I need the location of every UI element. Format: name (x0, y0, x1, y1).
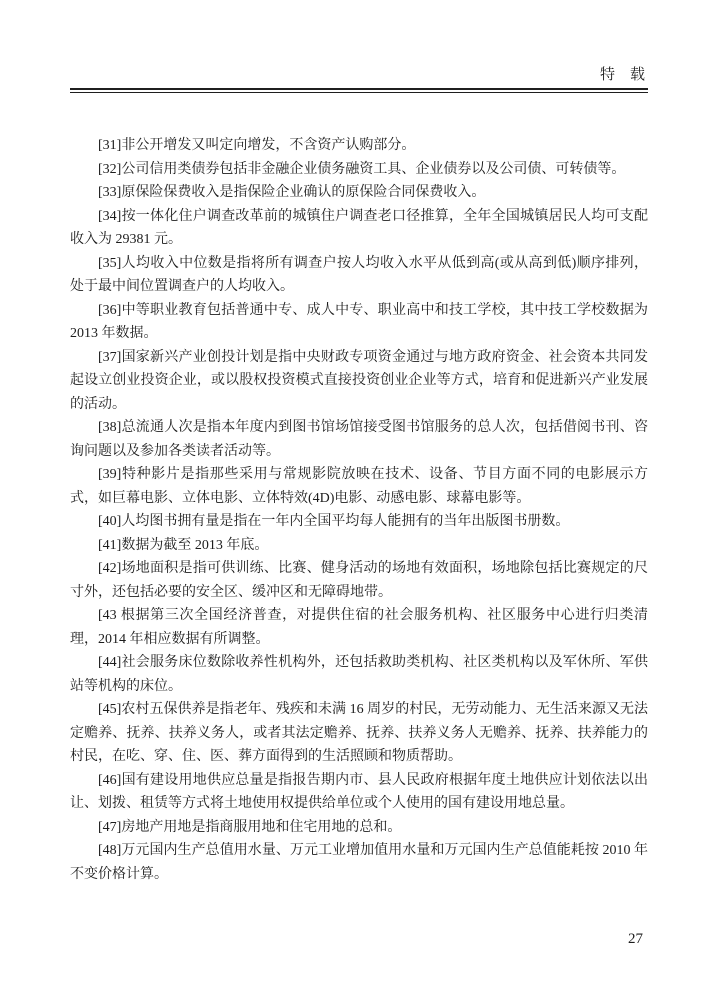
footnote-item: [45]农村五保供养是指老年、残疾和未满 16 周岁的村民，无劳动能力、无生活来… (70, 698, 648, 769)
footnote-item: [44]社会服务床位数除收养性机构外，还包括救助类机构、社区类机构以及军休所、军… (70, 651, 648, 698)
footnote-text: 社会服务床位数除收养性机构外，还包括救助类机构、社区类机构以及军休所、军供站等机… (70, 655, 648, 694)
footnote-text: 根据第三次全国经济普查，对提供住宿的社会服务机构、社区服务中心进行归类清理，20… (70, 608, 648, 647)
footnote-marker: [32] (98, 162, 121, 177)
footnote-text: 人均图书拥有量是指在一年内全国平均每人能拥有的当年出版图书册数。 (121, 514, 569, 529)
footnote-item: [34]按一体化住户调查改革前的城镇住户调查老口径推算，全年全国城镇居民人均可支… (70, 205, 648, 252)
footnote-marker: [41] (98, 538, 121, 553)
footnote-marker: [39] (98, 467, 121, 482)
footnote-text: 人均收入中位数是指将所有调查户按人均收入水平从低到高(或从高到低)顺序排列，处于… (70, 256, 648, 295)
footnote-marker: [31] (98, 138, 121, 153)
footnote-item: [31]非公开增发又叫定向增发，不含资产认购部分。 (70, 134, 648, 158)
footnotes-list: [31]非公开增发又叫定向增发，不含资产认购部分。[32]公司信用类债券包括非金… (70, 134, 648, 886)
footnote-marker: [34] (98, 209, 121, 224)
page-number: 27 (628, 931, 643, 948)
footnote-item: [40]人均图书拥有量是指在一年内全国平均每人能拥有的当年出版图书册数。 (70, 510, 648, 534)
running-head: 特 载 (70, 64, 645, 86)
footnote-item: [35]人均收入中位数是指将所有调查户按人均收入水平从低到高(或从高到低)顺序排… (70, 252, 648, 299)
footnote-marker: [44] (98, 655, 121, 670)
footnote-item: [42]场地面积是指可供训练、比赛、健身活动的场地有效面积，场地除包括比赛规定的… (70, 557, 648, 604)
footnote-text: 数据为截至 2013 年底。 (121, 538, 268, 553)
footnote-marker: [35] (98, 256, 121, 271)
footnote-item: [38]总流通人次是指本年度内到图书馆场馆接受图书馆服务的总人次，包括借阅书刊、… (70, 416, 648, 463)
footnote-item: [48]万元国内生产总值用水量、万元工业增加值用水量和万元国内生产总值能耗按 2… (70, 839, 648, 886)
footnote-marker: [42] (98, 561, 121, 576)
footnote-text: 中等职业教育包括普通中专、成人中专、职业高中和技工学校，其中技工学校数据为 20… (70, 303, 648, 342)
footnote-marker: [48] (98, 843, 121, 858)
footnote-text: 万元国内生产总值用水量、万元工业增加值用水量和万元国内生产总值能耗按 2010 … (70, 843, 648, 882)
footnote-marker: [40] (98, 514, 121, 529)
footnote-item: [33]原保险保费收入是指保险企业确认的原保险合同保费收入。 (70, 181, 648, 205)
footnote-item: [37]国家新兴产业创投计划是指中央财政专项资金通过与地方政府资金、社会资本共同… (70, 346, 648, 417)
footnote-text: 特种影片是指那些采用与常规影院放映在技术、设备、节目方面不同的电影展示方式，如巨… (70, 467, 648, 506)
footnote-item: [41]数据为截至 2013 年底。 (70, 534, 648, 558)
footnote-text: 国有建设用地供应总量是指报告期内市、县人民政府根据年度土地供应计划依法以出让、划… (70, 773, 648, 812)
footnote-text: 按一体化住户调查改革前的城镇住户调查老口径推算，全年全国城镇居民人均可支配收入为… (70, 209, 648, 248)
footnote-text: 国家新兴产业创投计划是指中央财政专项资金通过与地方政府资金、社会资本共同发起设立… (70, 350, 648, 412)
footnote-marker: [38] (98, 420, 121, 435)
footnote-item: [46]国有建设用地供应总量是指报告期内市、县人民政府根据年度土地供应计划依法以… (70, 769, 648, 816)
footnote-marker: [46] (98, 773, 121, 788)
footnote-marker: [43 (98, 608, 117, 623)
footnote-text: 原保险保费收入是指保险企业确认的原保险合同保费收入。 (121, 185, 485, 200)
footnote-text: 公司信用类债券包括非金融企业债务融资工具、企业债券以及公司债、可转债等。 (121, 162, 625, 177)
footnote-item: [39]特种影片是指那些采用与常规影院放映在技术、设备、节目方面不同的电影展示方… (70, 463, 648, 510)
footnote-marker: [36] (98, 303, 121, 318)
footnote-item: [43 根据第三次全国经济普查，对提供住宿的社会服务机构、社区服务中心进行归类清… (70, 604, 648, 651)
document-page: 特 载 [31]非公开增发又叫定向增发，不含资产认购部分。[32]公司信用类债券… (0, 0, 718, 994)
footnote-text: 农村五保供养是指老年、残疾和未满 16 周岁的村民，无劳动能力、无生活来源又无法… (70, 702, 648, 764)
footnote-text: 场地面积是指可供训练、比赛、健身活动的场地有效面积，场地除包括比赛规定的尺寸外，… (70, 561, 648, 600)
footnote-text: 房地产用地是指商服用地和住宅用地的总和。 (121, 820, 401, 835)
footnote-marker: [45] (98, 702, 121, 717)
running-head-title: 特 载 (600, 67, 645, 83)
header-rule (70, 88, 648, 93)
footnote-item: [32]公司信用类债券包括非金融企业债务融资工具、企业债券以及公司债、可转债等。 (70, 158, 648, 182)
footnote-text: 总流通人次是指本年度内到图书馆场馆接受图书馆服务的总人次，包括借阅书刊、咨询问题… (70, 420, 648, 459)
footnote-item: [47]房地产用地是指商服用地和住宅用地的总和。 (70, 816, 648, 840)
footnote-text: 非公开增发又叫定向增发，不含资产认购部分。 (121, 138, 415, 153)
footnote-marker: [33] (98, 185, 121, 200)
footnote-marker: [37] (98, 350, 121, 365)
footnote-marker: [47] (98, 820, 121, 835)
footnote-item: [36]中等职业教育包括普通中专、成人中专、职业高中和技工学校，其中技工学校数据… (70, 299, 648, 346)
